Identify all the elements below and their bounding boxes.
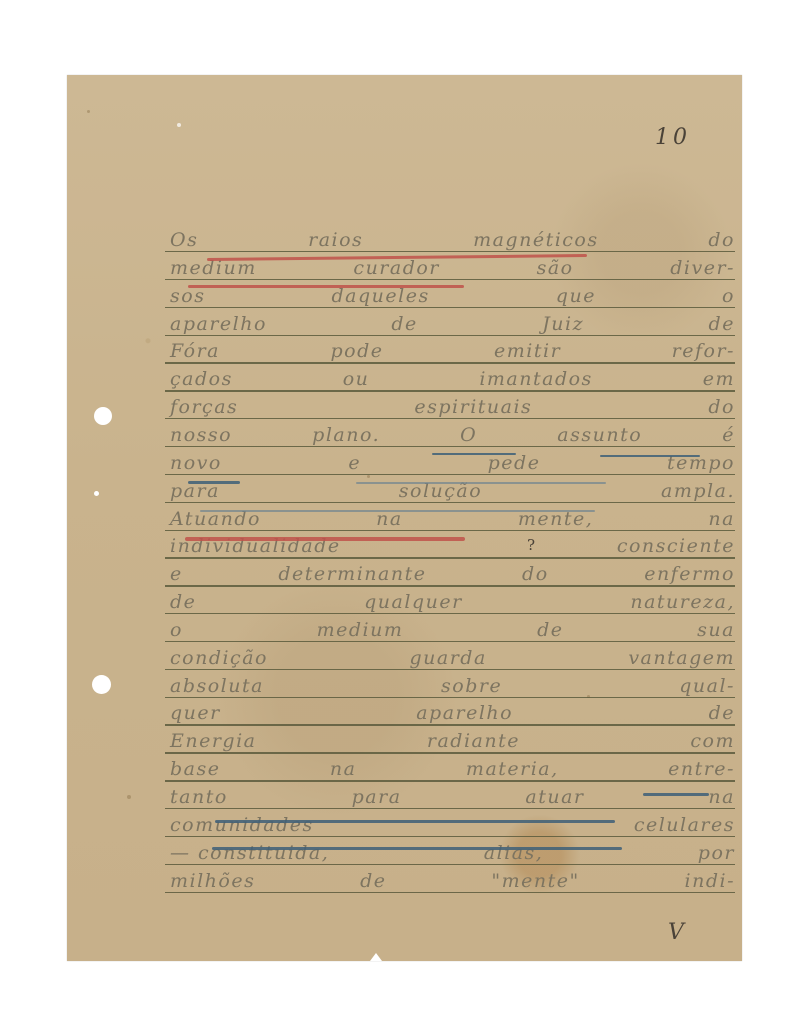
manuscript-word: natureza,: [630, 591, 735, 613]
manuscript-word: aparelho: [416, 702, 513, 724]
page-number: 10: [655, 125, 691, 150]
manuscript-line: Energiaradiantecom: [170, 726, 735, 752]
manuscript-word: çados: [170, 368, 233, 390]
manuscript-word: milhões: [170, 870, 255, 892]
manuscript-word: alias,: [484, 842, 544, 864]
manuscript-line: novoepedetempo: [170, 448, 735, 474]
manuscript-word: vantagem: [628, 647, 735, 669]
manuscript-word: de: [709, 702, 735, 724]
red-underline-individualidade: [185, 537, 465, 541]
manuscript-word: o: [170, 619, 183, 641]
manuscript-word: do: [522, 563, 549, 585]
manuscript-word: imantados: [479, 368, 592, 390]
blue-underline-solucao: [356, 482, 606, 484]
manuscript-line: Fórapodeemitirrefor-: [170, 336, 735, 362]
manuscript-word: na: [708, 508, 735, 530]
manuscript-word: celulares: [634, 814, 735, 836]
paper-speck: [127, 795, 131, 799]
manuscript-word: pode: [331, 340, 384, 362]
manuscript-line: absolutasobrequal-: [170, 671, 735, 697]
manuscript-word: e: [170, 563, 183, 585]
small-hole: [94, 491, 99, 496]
manuscript-line: — constituida,alias,por: [170, 838, 735, 864]
blue-underline-assunto: [432, 453, 516, 455]
manuscript-word: Juiz: [542, 313, 584, 335]
manuscript-word: quer: [170, 702, 221, 724]
manuscript-word: espirituais: [414, 396, 532, 418]
ruled-line: [165, 892, 735, 893]
paper-speck: [87, 110, 90, 113]
blue-underline-na: [643, 793, 709, 796]
manuscript-word: e: [348, 452, 361, 474]
manuscript-word: radiante: [427, 730, 520, 752]
manuscript-word: ou: [343, 368, 370, 390]
paper-notch: [370, 953, 382, 961]
manuscript-line: dequalquernatureza,: [170, 587, 735, 613]
manuscript-word: de: [360, 870, 386, 892]
manuscript-word: por: [698, 842, 735, 864]
manuscript-word: de: [537, 619, 563, 641]
manuscript-word: qualquer: [364, 591, 463, 613]
manuscript-word: de: [709, 313, 735, 335]
manuscript-line: queraparelhode: [170, 698, 735, 724]
manuscript-word: Os: [170, 229, 198, 251]
manuscript-word: comunidades: [170, 814, 314, 836]
manuscript-word: — constituida,: [170, 842, 329, 864]
manuscript-word: novo: [170, 452, 222, 474]
manuscript-word: consciente: [617, 535, 735, 557]
manuscript-line: nossoplano.Oassuntoé: [170, 420, 735, 446]
manuscript-word: do: [708, 396, 735, 418]
manuscript-word: "mente": [491, 870, 579, 892]
blue-underline-atuando: [200, 510, 595, 512]
manuscript-line: parasoluçãoampla.: [170, 476, 735, 502]
manuscript-word: ampla.: [661, 480, 735, 502]
manuscript-word: o: [722, 285, 735, 307]
manuscript-word: na: [330, 758, 357, 780]
manuscript-word: são: [537, 257, 574, 279]
manuscript-word: forças: [170, 396, 238, 418]
manuscript-word: entre-: [668, 758, 735, 780]
manuscript-word: em: [703, 368, 735, 390]
manuscript-word: para: [352, 786, 402, 808]
punch-hole-top: [94, 407, 112, 425]
manuscript-line: omediumdesua: [170, 615, 735, 641]
manuscript-word: O: [460, 424, 477, 446]
manuscript-line: basenamateria,entre-: [170, 754, 735, 780]
manuscript-word: base: [170, 758, 221, 780]
manuscript-word: guarda: [409, 647, 486, 669]
manuscript-word: Fóra: [170, 340, 220, 362]
manuscript-word: aparelho: [170, 313, 267, 335]
punch-hole-bottom: [92, 675, 111, 694]
manuscript-word: sobre: [441, 675, 502, 697]
manuscript-word: magnéticos: [473, 229, 599, 251]
manuscript-word: qual-: [679, 675, 735, 697]
check-mark: V: [668, 920, 684, 945]
manuscript-line: Atuandonamente,na: [170, 504, 735, 530]
manuscript-word: é: [722, 424, 735, 446]
manuscript-word: nosso: [170, 424, 232, 446]
manuscript-word: atuar: [525, 786, 584, 808]
red-underline-2: [188, 285, 464, 288]
manuscript-word: determinante: [278, 563, 426, 585]
manuscript-word: tanto: [170, 786, 228, 808]
question-mark: ?: [527, 536, 535, 554]
manuscript-word: enfermo: [644, 563, 735, 585]
manuscript-word: que: [556, 285, 596, 307]
manuscript-word: condição: [170, 647, 268, 669]
manuscript-word: raios: [308, 229, 363, 251]
manuscript-word: na: [708, 786, 735, 808]
manuscript-word: curador: [353, 257, 439, 279]
manuscript-word: indi-: [685, 870, 735, 892]
manuscript-line: condiçãoguardavantagem: [170, 643, 735, 669]
manuscript-line: individualidadeconsciente: [170, 531, 735, 557]
manuscript-word: de: [170, 591, 196, 613]
manuscript-word: pede: [488, 452, 541, 474]
manuscript-word: emitir: [494, 340, 561, 362]
blue-underline-para: [188, 481, 240, 484]
manuscript-line: milhõesde"mente"indi-: [170, 866, 735, 892]
manuscript-word: com: [690, 730, 735, 752]
manuscript-word: sua: [697, 619, 735, 641]
manuscript-word: refor-: [672, 340, 735, 362]
blue-underline-tempo: [600, 455, 700, 457]
blue-underline-comunidades: [215, 820, 615, 823]
manuscript-word: medium: [317, 619, 404, 641]
manuscript-line: forçasespirituaisdo: [170, 392, 735, 418]
manuscript-word: materia,: [466, 758, 559, 780]
manuscript-word: assunto: [557, 424, 642, 446]
blue-underline-constituida: [212, 847, 622, 850]
manuscript-word: Energia: [170, 730, 257, 752]
manuscript-line: aparelhodeJuizde: [170, 309, 735, 335]
manuscript-line: edeterminantedoenfermo: [170, 559, 735, 585]
paper-speck: [177, 123, 181, 127]
manuscript-word: de: [391, 313, 417, 335]
manuscript-word: do: [708, 229, 735, 251]
manuscript-line: Osraiosmagnéticosdo: [170, 225, 735, 251]
manuscript-word: absoluta: [170, 675, 264, 697]
manuscript-word: plano.: [312, 424, 380, 446]
manuscript-line: çadosouimantadosem: [170, 364, 735, 390]
manuscript-word: diver-: [670, 257, 735, 279]
